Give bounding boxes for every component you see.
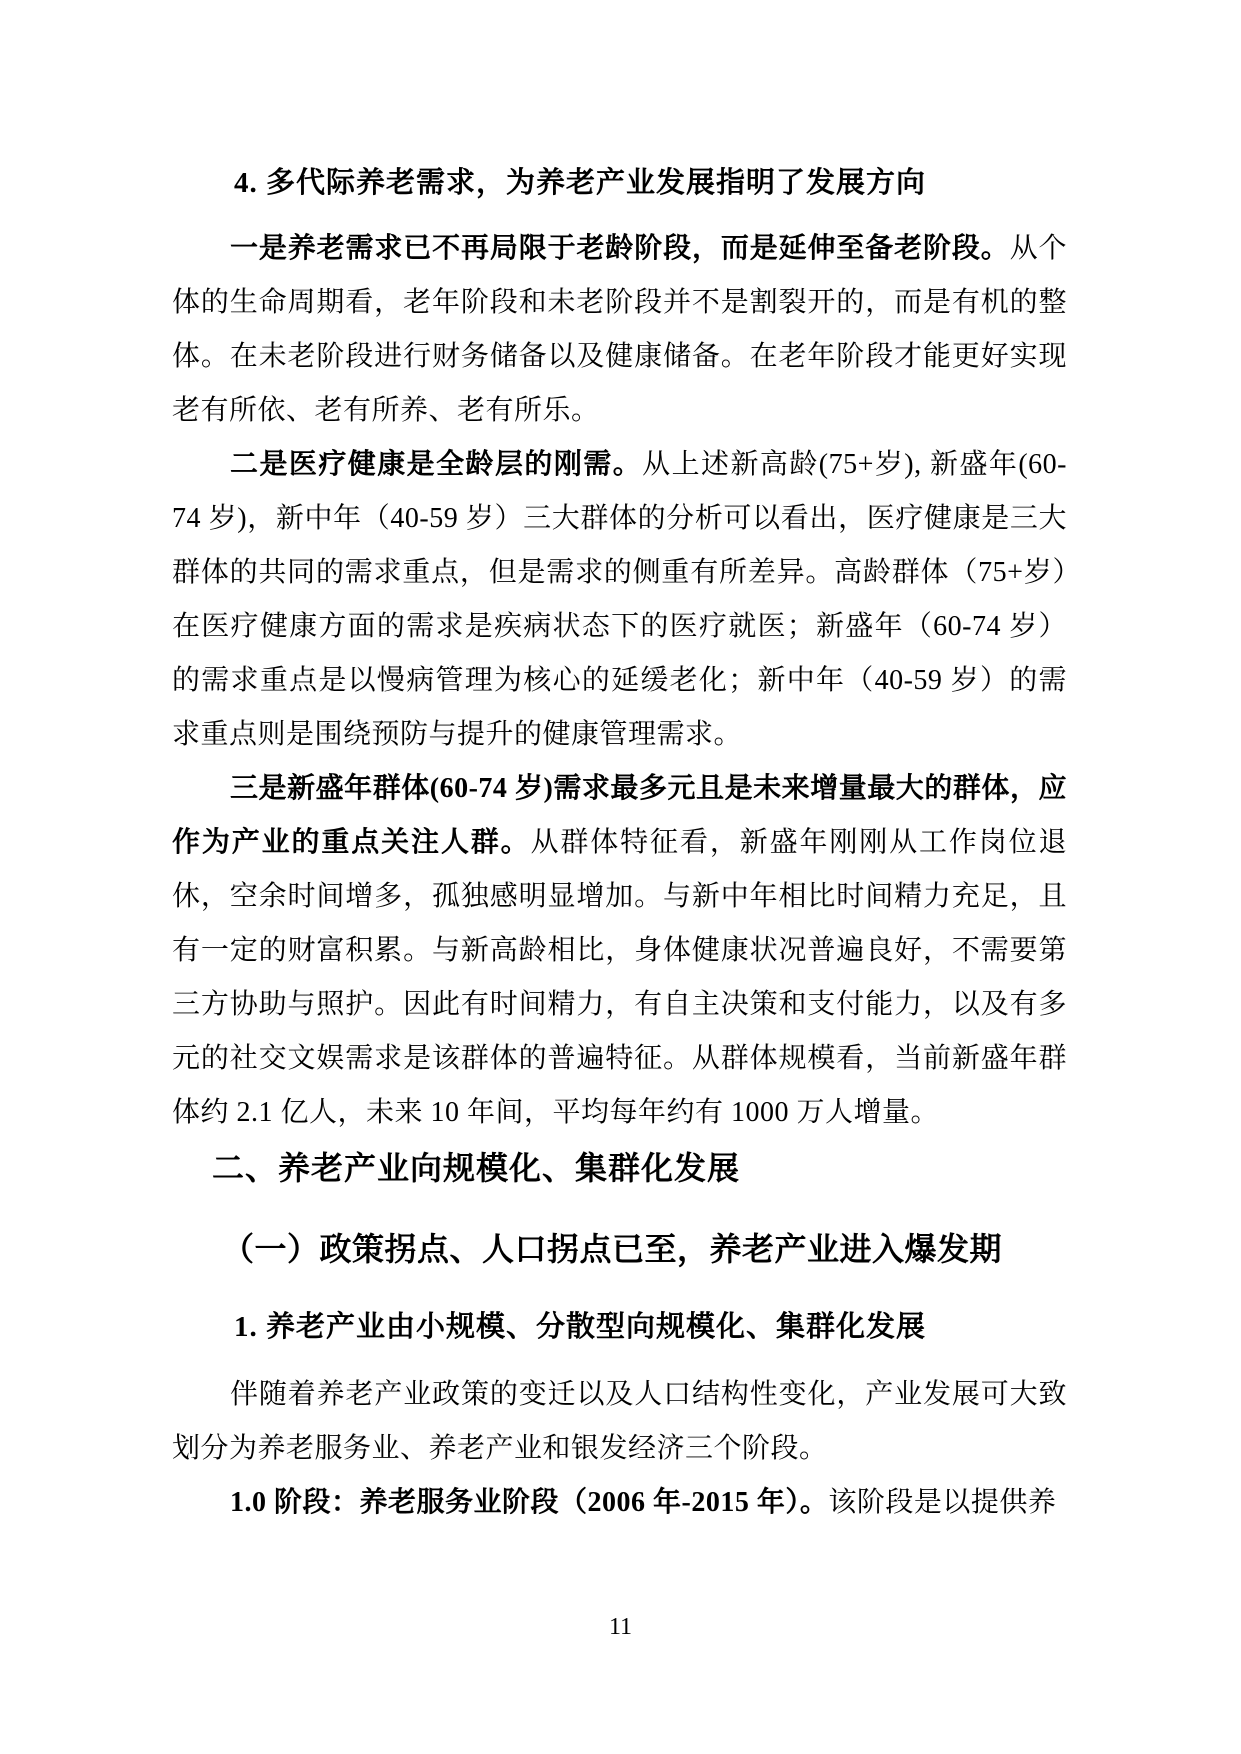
- paragraph-new-prime-age-group: 三是新盛年群体(60-74 岁)需求最多元且是未来增量最大的群体，应作为产业的重…: [172, 762, 1067, 1140]
- paragraph-1-bold-lead: 一是养老需求已不再局限于老龄阶段，而是延伸至备老阶段。: [230, 233, 1010, 264]
- document-page: 4. 多代际养老需求，为养老产业发展指明了发展方向 一是养老需求已不再局限于老龄…: [0, 0, 1241, 1754]
- paragraph-4-body-text: 伴随着养老产业政策的变迁以及人口结构性变化，产业发展可大致划分为养老服务业、养老…: [172, 1379, 1067, 1464]
- page-number: 11: [609, 1614, 632, 1640]
- heading-item-1-industry-transition: 1. 养老产业由小规模、分散型向规模化、集群化发展: [172, 1300, 1067, 1354]
- heading-sub-1-policy-population-inflection: （一）政策拐点、人口拐点已至，养老产业进入爆发期: [172, 1221, 1067, 1277]
- paragraph-industry-three-stages: 伴随着养老产业政策的变迁以及人口结构性变化，产业发展可大致划分为养老服务业、养老…: [172, 1368, 1067, 1476]
- heading-multigenerational-elderly-demand: 4. 多代际养老需求，为养老产业发展指明了发展方向: [172, 156, 1067, 210]
- paragraph-elderly-demand-lifecycle: 一是养老需求已不再局限于老龄阶段，而是延伸至备老阶段。从个体的生命周期看，老年阶…: [172, 222, 1067, 438]
- paragraph-stage-1-0: 1.0 阶段：养老服务业阶段（2006 年-2015 年）。该阶段是以提供养: [172, 1476, 1067, 1530]
- paragraph-2-bold-lead: 二是医疗健康是全龄层的刚需。: [230, 449, 642, 480]
- page-footer: 11: [0, 1612, 1241, 1642]
- heading-section-2-industry-scale: 二、养老产业向规模化、集群化发展: [172, 1140, 1067, 1196]
- paragraph-5-bold-lead: 1.0 阶段：养老服务业阶段（2006 年-2015 年）。: [230, 1487, 828, 1518]
- page-content: 4. 多代际养老需求，为养老产业发展指明了发展方向 一是养老需求已不再局限于老龄…: [172, 156, 1067, 1530]
- paragraph-3-body-text: 从群体特征看，新盛年刚刚从工作岗位退休，空余时间增多，孤独感明显增加。与新中年相…: [172, 827, 1067, 1128]
- paragraph-5-body-text: 该阶段是以提供养: [828, 1487, 1056, 1518]
- paragraph-2-body-text: 从上述新高龄(75+岁), 新盛年(60-74 岁)，新中年（40-59 岁）三…: [172, 449, 1067, 750]
- paragraph-medical-health-demand: 二是医疗健康是全龄层的刚需。从上述新高龄(75+岁), 新盛年(60-74 岁)…: [172, 438, 1067, 762]
